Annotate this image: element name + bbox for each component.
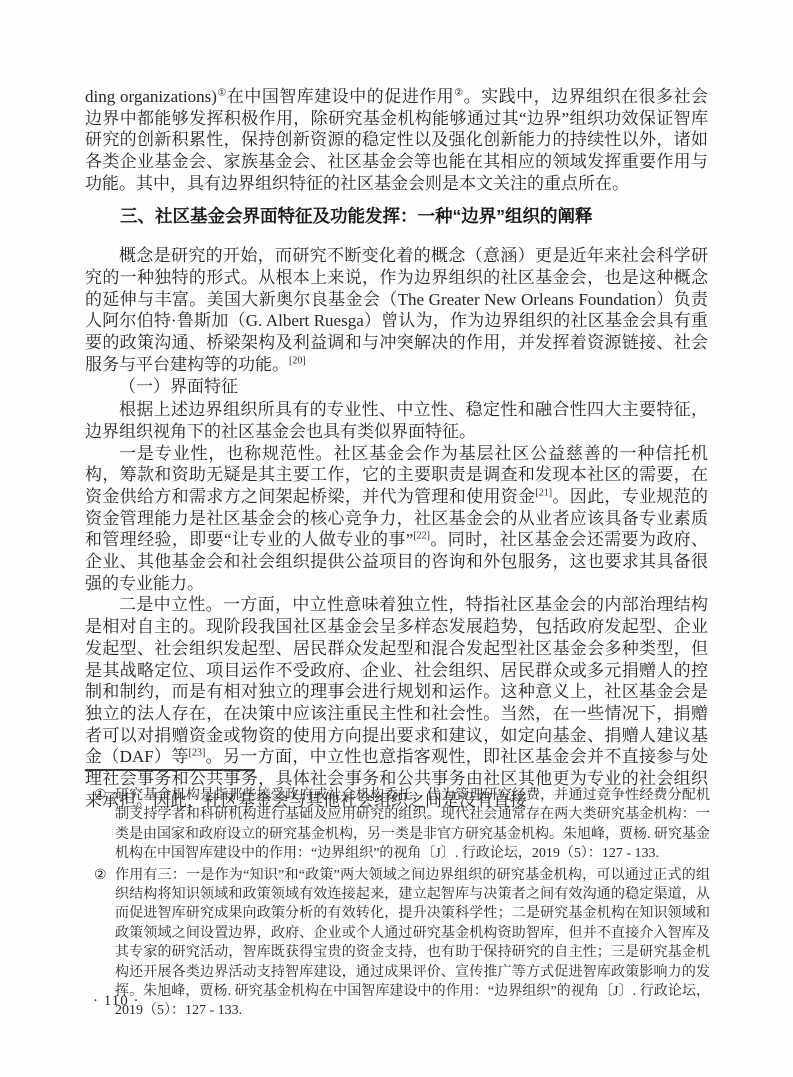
footnote-section: ①研究基金机构是指那些接受政府或社会机构委托，代为管理研究经费，并通过竞争性经费… (85, 769, 710, 1023)
footnote-marker-1: ① (94, 786, 107, 805)
citation-ref-21: [21] (535, 487, 552, 498)
body-text-run: ding organizations) (85, 87, 217, 106)
footnote-ref-circled-1: ① (217, 87, 227, 98)
footnote-marker-2: ② (94, 866, 107, 885)
paragraph-features-intro: 根据上述边界组织所具有的专业性、中立性、稳定性和融合性四大主要特征，边界组织视角… (85, 399, 708, 442)
body-text-run: 在中国智库建设中的促进作用 (227, 87, 454, 106)
citation-ref-22: [22] (413, 531, 430, 542)
footnote-1: ①研究基金机构是指那些接受政府或社会机构委托，代为管理研究经费，并通过竞争性经费… (85, 786, 710, 864)
journal-page: ding organizations)①在中国智库建设中的促进作用②。实践中，边… (0, 0, 793, 1077)
section-heading: 三、社区基金会界面特征及功能发挥：一种“边界”组织的阐释 (85, 206, 708, 228)
body-text-run: 概念是研究的开始，而研究不断变化着的概念（意涵）更是近年来社会科学研究的一种独特… (85, 246, 708, 374)
footnote-divider (85, 769, 255, 771)
footnote-text: 作用有三：一是作为“知识”和“政策”两大领域之间边界组织的研究基金机构，可以通过… (115, 868, 710, 1019)
paragraph-professionalism: 一是专业性，也称规范性。社区基金会作为基层社区公益慈善的一种信托机构，筹款和资助… (85, 443, 708, 595)
footnote-2: ②作用有三：一是作为“知识”和“政策”两大领域之间边界组织的研究基金机构，可以通… (85, 866, 710, 1021)
article-body: ding organizations)①在中国智库建设中的促进作用②。实践中，边… (85, 86, 708, 812)
page-number: · 110 · (93, 993, 139, 1010)
citation-ref-23: [23] (189, 748, 206, 759)
footnote-text: 研究基金机构是指那些接受政府或社会机构委托，代为管理研究经费，并通过竞争性经费分… (115, 788, 710, 861)
body-text-run: 二是中立性。一方面，中立性意味着独立性，特指社区基金会的内部治理结构是相对自主的… (85, 595, 708, 766)
citation-ref-20: [20] (289, 355, 306, 366)
paragraph-concept: 概念是研究的开始，而研究不断变化着的概念（意涵）更是近年来社会科学研究的一种独特… (85, 245, 708, 375)
paragraph-continuation: ding organizations)①在中国智库建设中的促进作用②。实践中，边… (85, 86, 708, 195)
footnote-ref-circled-2: ② (454, 87, 463, 98)
subsection-heading: （一）界面特征 (85, 376, 708, 398)
